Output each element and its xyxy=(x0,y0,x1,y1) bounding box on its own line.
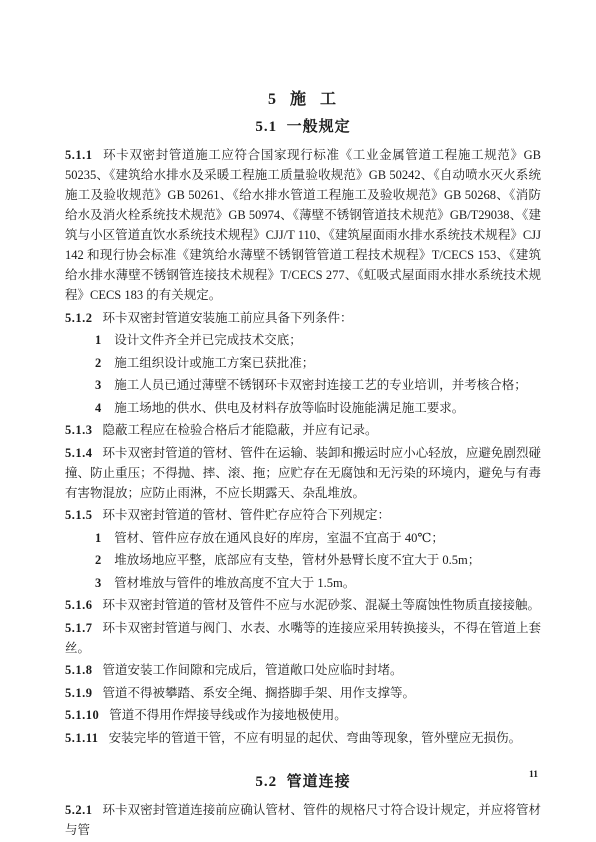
subitem-number: 2 xyxy=(95,356,101,370)
clause-text: 管道安装工作间隙和完成后，管道敞口处应临时封堵。 xyxy=(103,663,403,677)
clause-subitem: 2堆放场地应平整，底部应有支垫，管材外悬臂长度不宜大于 0.5m； xyxy=(65,550,541,570)
clause-paragraph: 5.1.10管道不得用作焊接导线或作为接地极使用。 xyxy=(65,705,541,725)
clause-paragraph: 5.1.6环卡双密封管道的管材及管件不应与水泥砂浆、混凝土等腐蚀性物质直接接触。 xyxy=(65,595,541,615)
page-number: 11 xyxy=(529,770,538,780)
clause-number: 5.1.1 xyxy=(65,148,93,162)
subitem-text: 堆放场地应平整，底部应有支垫，管材外悬臂长度不宜大于 0.5m； xyxy=(114,553,480,567)
subitem-text: 施工组织设计或施工方案已获批准； xyxy=(114,356,314,370)
clause-text: 环卡双密封管道连接前应确认管材、管件的规格尺寸符合设计规定，并应将管材与管 xyxy=(65,803,541,837)
subitem-text: 施工人员已通过薄壁不锈钢环卡双密封连接工艺的专业培训，并考核合格； xyxy=(114,378,527,392)
clause-paragraph: 5.1.1环卡双密封管道施工应符合国家现行标准《工业金属管道工程施工规范》GB … xyxy=(65,145,541,305)
clause-text: 管道不得被攀踏、系安全绳、搁搭脚手架、用作支撑等。 xyxy=(103,686,416,700)
subitem-number: 1 xyxy=(95,333,101,347)
clause-text: 隐蔽工程应在检验合格后才能隐蔽，并应有记录。 xyxy=(103,423,378,437)
clause-number: 5.1.5 xyxy=(65,508,93,522)
section-heading: 5.1 一般规定 xyxy=(65,115,541,136)
clause-text: 环卡双密封管道安装施工前应具备下列条件： xyxy=(103,311,353,325)
section-heading: 5.2 管道连接 xyxy=(65,770,541,791)
sections-container: 5.1 一般规定5.1.1环卡双密封管道施工应符合国家现行标准《工业金属管道工程… xyxy=(65,115,541,840)
clause-subitem: 4施工场地的供水、供电及材料存放等临时设施能满足施工要求。 xyxy=(65,398,541,418)
subitem-text: 管材堆放与管件的堆放高度不宜大于 1.5m。 xyxy=(114,576,355,590)
clause-number: 5.1.3 xyxy=(65,423,93,437)
clause-paragraph: 5.2.1环卡双密封管道连接前应确认管材、管件的规格尺寸符合设计规定，并应将管材… xyxy=(65,800,541,840)
clause-number: 5.1.6 xyxy=(65,598,93,612)
subitem-text: 设计文件齐全并已完成技术交底； xyxy=(114,333,302,347)
clause-text: 安装完毕的管道干管，不应有明显的起伏、弯曲等现象，管外壁应无损伤。 xyxy=(109,731,522,745)
clause-paragraph: 5.1.2环卡双密封管道安装施工前应具备下列条件： xyxy=(65,308,541,328)
chapter-title: 5 施 工 xyxy=(65,86,541,109)
subitem-number: 3 xyxy=(95,378,101,392)
clause-text: 管道不得用作焊接导线或作为接地极使用。 xyxy=(109,708,347,722)
clause-paragraph: 5.1.7环卡双密封管道与阀门、水表、水嘴等的连接应采用转换接头，不得在管道上套… xyxy=(65,618,541,658)
subitem-number: 2 xyxy=(95,553,101,567)
clause-text: 环卡双密封管道的管材、管件在运输、装卸和搬运时应小心轻放，应避免剧烈碰撞、防止重… xyxy=(65,446,541,500)
clause-subitem: 3管材堆放与管件的堆放高度不宜大于 1.5m。 xyxy=(65,573,541,593)
clause-number: 5.1.4 xyxy=(65,446,93,460)
clause-number: 5.1.11 xyxy=(65,731,99,745)
subitem-number: 3 xyxy=(95,576,101,590)
clause-paragraph: 5.1.5环卡双密封管道的管材、管件贮存应符合下列规定： xyxy=(65,505,541,525)
clause-subitem: 3施工人员已通过薄壁不锈钢环卡双密封连接工艺的专业培训，并考核合格； xyxy=(65,375,541,395)
subitem-number: 4 xyxy=(95,401,101,415)
clause-text: 环卡双密封管道的管材、管件贮存应符合下列规定： xyxy=(103,508,391,522)
clause-subitem: 1管材、管件应存放在通风良好的库房，室温不宜高于 40℃； xyxy=(65,528,541,548)
clause-paragraph: 5.1.9管道不得被攀踏、系安全绳、搁搭脚手架、用作支撑等。 xyxy=(65,683,541,703)
clause-paragraph: 5.1.11安装完毕的管道干管，不应有明显的起伏、弯曲等现象，管外壁应无损伤。 xyxy=(65,728,541,748)
subitem-number: 1 xyxy=(95,531,101,545)
document-page: 5 施 工 5.1 一般规定5.1.1环卡双密封管道施工应符合国家现行标准《工业… xyxy=(0,0,596,842)
clause-paragraph: 5.1.8管道安装工作间隙和完成后，管道敞口处应临时封堵。 xyxy=(65,660,541,680)
clause-number: 5.1.9 xyxy=(65,686,93,700)
clause-text: 环卡双密封管道施工应符合国家现行标准《工业金属管道工程施工规范》GB 50235… xyxy=(65,148,541,302)
clause-paragraph: 5.1.4环卡双密封管道的管材、管件在运输、装卸和搬运时应小心轻放，应避免剧烈碰… xyxy=(65,443,541,503)
subitem-text: 管材、管件应存放在通风良好的库房，室温不宜高于 40℃； xyxy=(114,531,444,545)
clause-text: 环卡双密封管道的管材及管件不应与水泥砂浆、混凝土等腐蚀性物质直接接触。 xyxy=(103,598,541,612)
clause-number: 5.1.2 xyxy=(65,311,93,325)
clause-paragraph: 5.1.3隐蔽工程应在检验合格后才能隐蔽，并应有记录。 xyxy=(65,420,541,440)
clause-text: 环卡双密封管道与阀门、水表、水嘴等的连接应采用转换接头，不得在管道上套丝。 xyxy=(65,621,541,655)
document-content: 5 施 工 5.1 一般规定5.1.1环卡双密封管道施工应符合国家现行标准《工业… xyxy=(65,86,541,842)
clause-number: 5.2.1 xyxy=(65,803,93,817)
clause-number: 5.1.10 xyxy=(65,708,99,722)
clause-number: 5.1.7 xyxy=(65,621,93,635)
clause-number: 5.1.8 xyxy=(65,663,93,677)
clause-subitem: 2施工组织设计或施工方案已获批准； xyxy=(65,353,541,373)
subitem-text: 施工场地的供水、供电及材料存放等临时设施能满足施工要求。 xyxy=(114,401,464,415)
clause-subitem: 1设计文件齐全并已完成技术交底； xyxy=(65,330,541,350)
